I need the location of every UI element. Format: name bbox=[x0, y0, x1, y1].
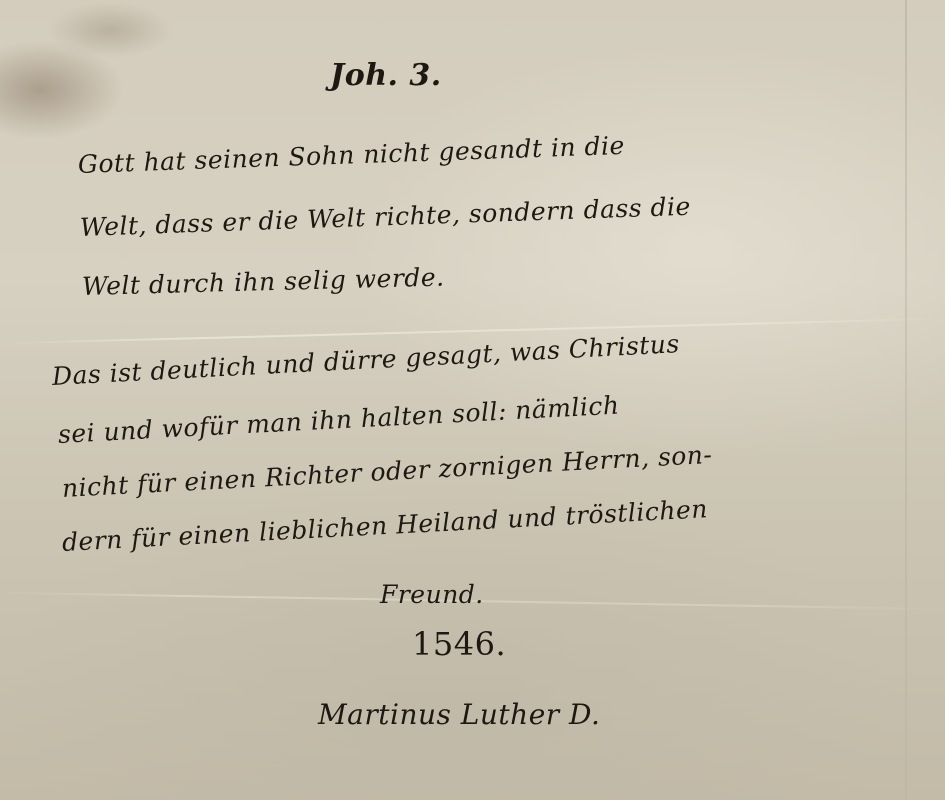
scripture-reference-heading: Joh. 3. bbox=[330, 58, 442, 93]
author-signature: Martinus Luther D. bbox=[318, 698, 600, 731]
date-year: 1546. bbox=[412, 625, 506, 663]
manuscript-line: Freund. bbox=[380, 580, 484, 609]
paper-edge-fold bbox=[905, 0, 907, 800]
